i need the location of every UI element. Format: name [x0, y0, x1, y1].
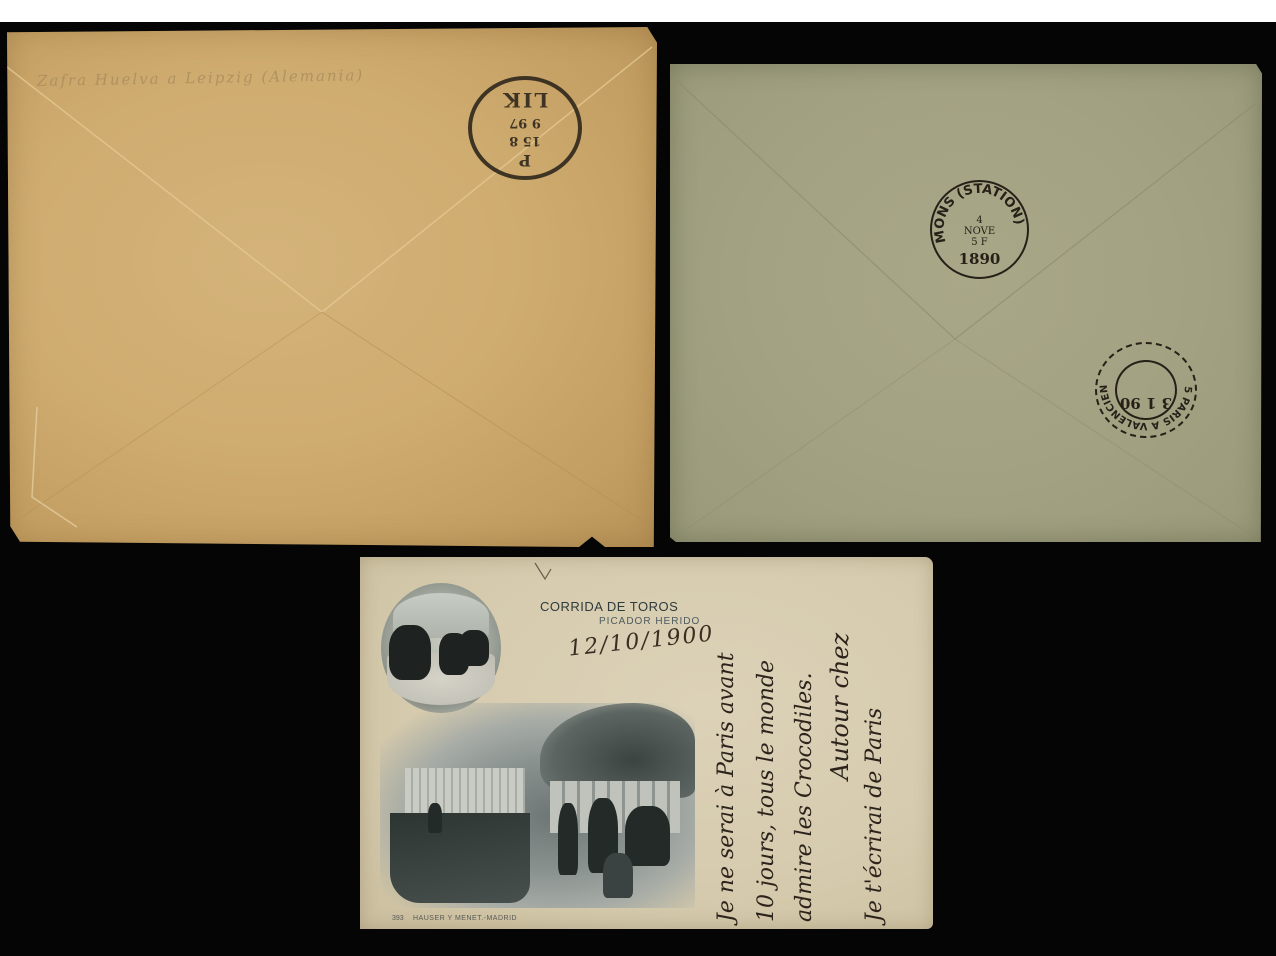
postmark-date: 3 1 90: [1097, 396, 1195, 410]
postcard-publisher: HAUSER Y MENET.-MADRID: [413, 915, 517, 922]
postmark-year: 1890: [932, 250, 1027, 268]
postmark-leipzig: P 15 8 9 97 LIK: [468, 76, 582, 180]
person-figure: [625, 806, 670, 866]
message-signature: Autour chez: [826, 633, 854, 780]
person-figure: [558, 803, 578, 875]
postmark-paris-valenciennes: 5 PARIS A VALENCIENNES 3 1 90: [1095, 342, 1197, 438]
postmark-mons-station: MONS (STATION) 4 NOVE 5 F 1890: [930, 180, 1029, 279]
photo-bulls-vignette: [381, 583, 501, 713]
handwritten-message: Je ne serai à Paris avant 10 jours, tous…: [704, 570, 904, 920]
message-line: 10 jours, tous le monde: [754, 660, 779, 922]
person-figure: [428, 803, 442, 833]
pencil-route-note: Zafra Huelva a Leipzig (Alemania): [37, 66, 364, 90]
photo-picador-vignette: [380, 703, 695, 908]
postmark-line: P: [472, 151, 578, 170]
bull-figure: [459, 630, 489, 666]
envelope-right: [670, 64, 1262, 542]
postmark-line: 15 8: [472, 133, 578, 148]
message-line: Je t'écrirai de Paris: [862, 708, 887, 922]
postmark-date: 4 NOVE 5 F: [932, 215, 1027, 248]
envelope-flap-folds: [670, 64, 1262, 542]
postmark-line: 9 97: [472, 115, 578, 130]
bull-figure: [389, 625, 431, 680]
message-line: admire les Crocodiles.: [792, 672, 817, 922]
postcard-title: CORRIDA DE TOROS: [540, 599, 678, 614]
photo-barrier-wall: [390, 813, 530, 903]
message-line: Je ne serai à Paris avant: [714, 652, 739, 922]
photo-fence: [405, 768, 525, 813]
person-figure: [603, 853, 633, 898]
pencil-arrow-mark: [533, 561, 553, 583]
postcard-series-number: 393: [392, 915, 404, 922]
postmark-line: LIK: [472, 88, 578, 112]
